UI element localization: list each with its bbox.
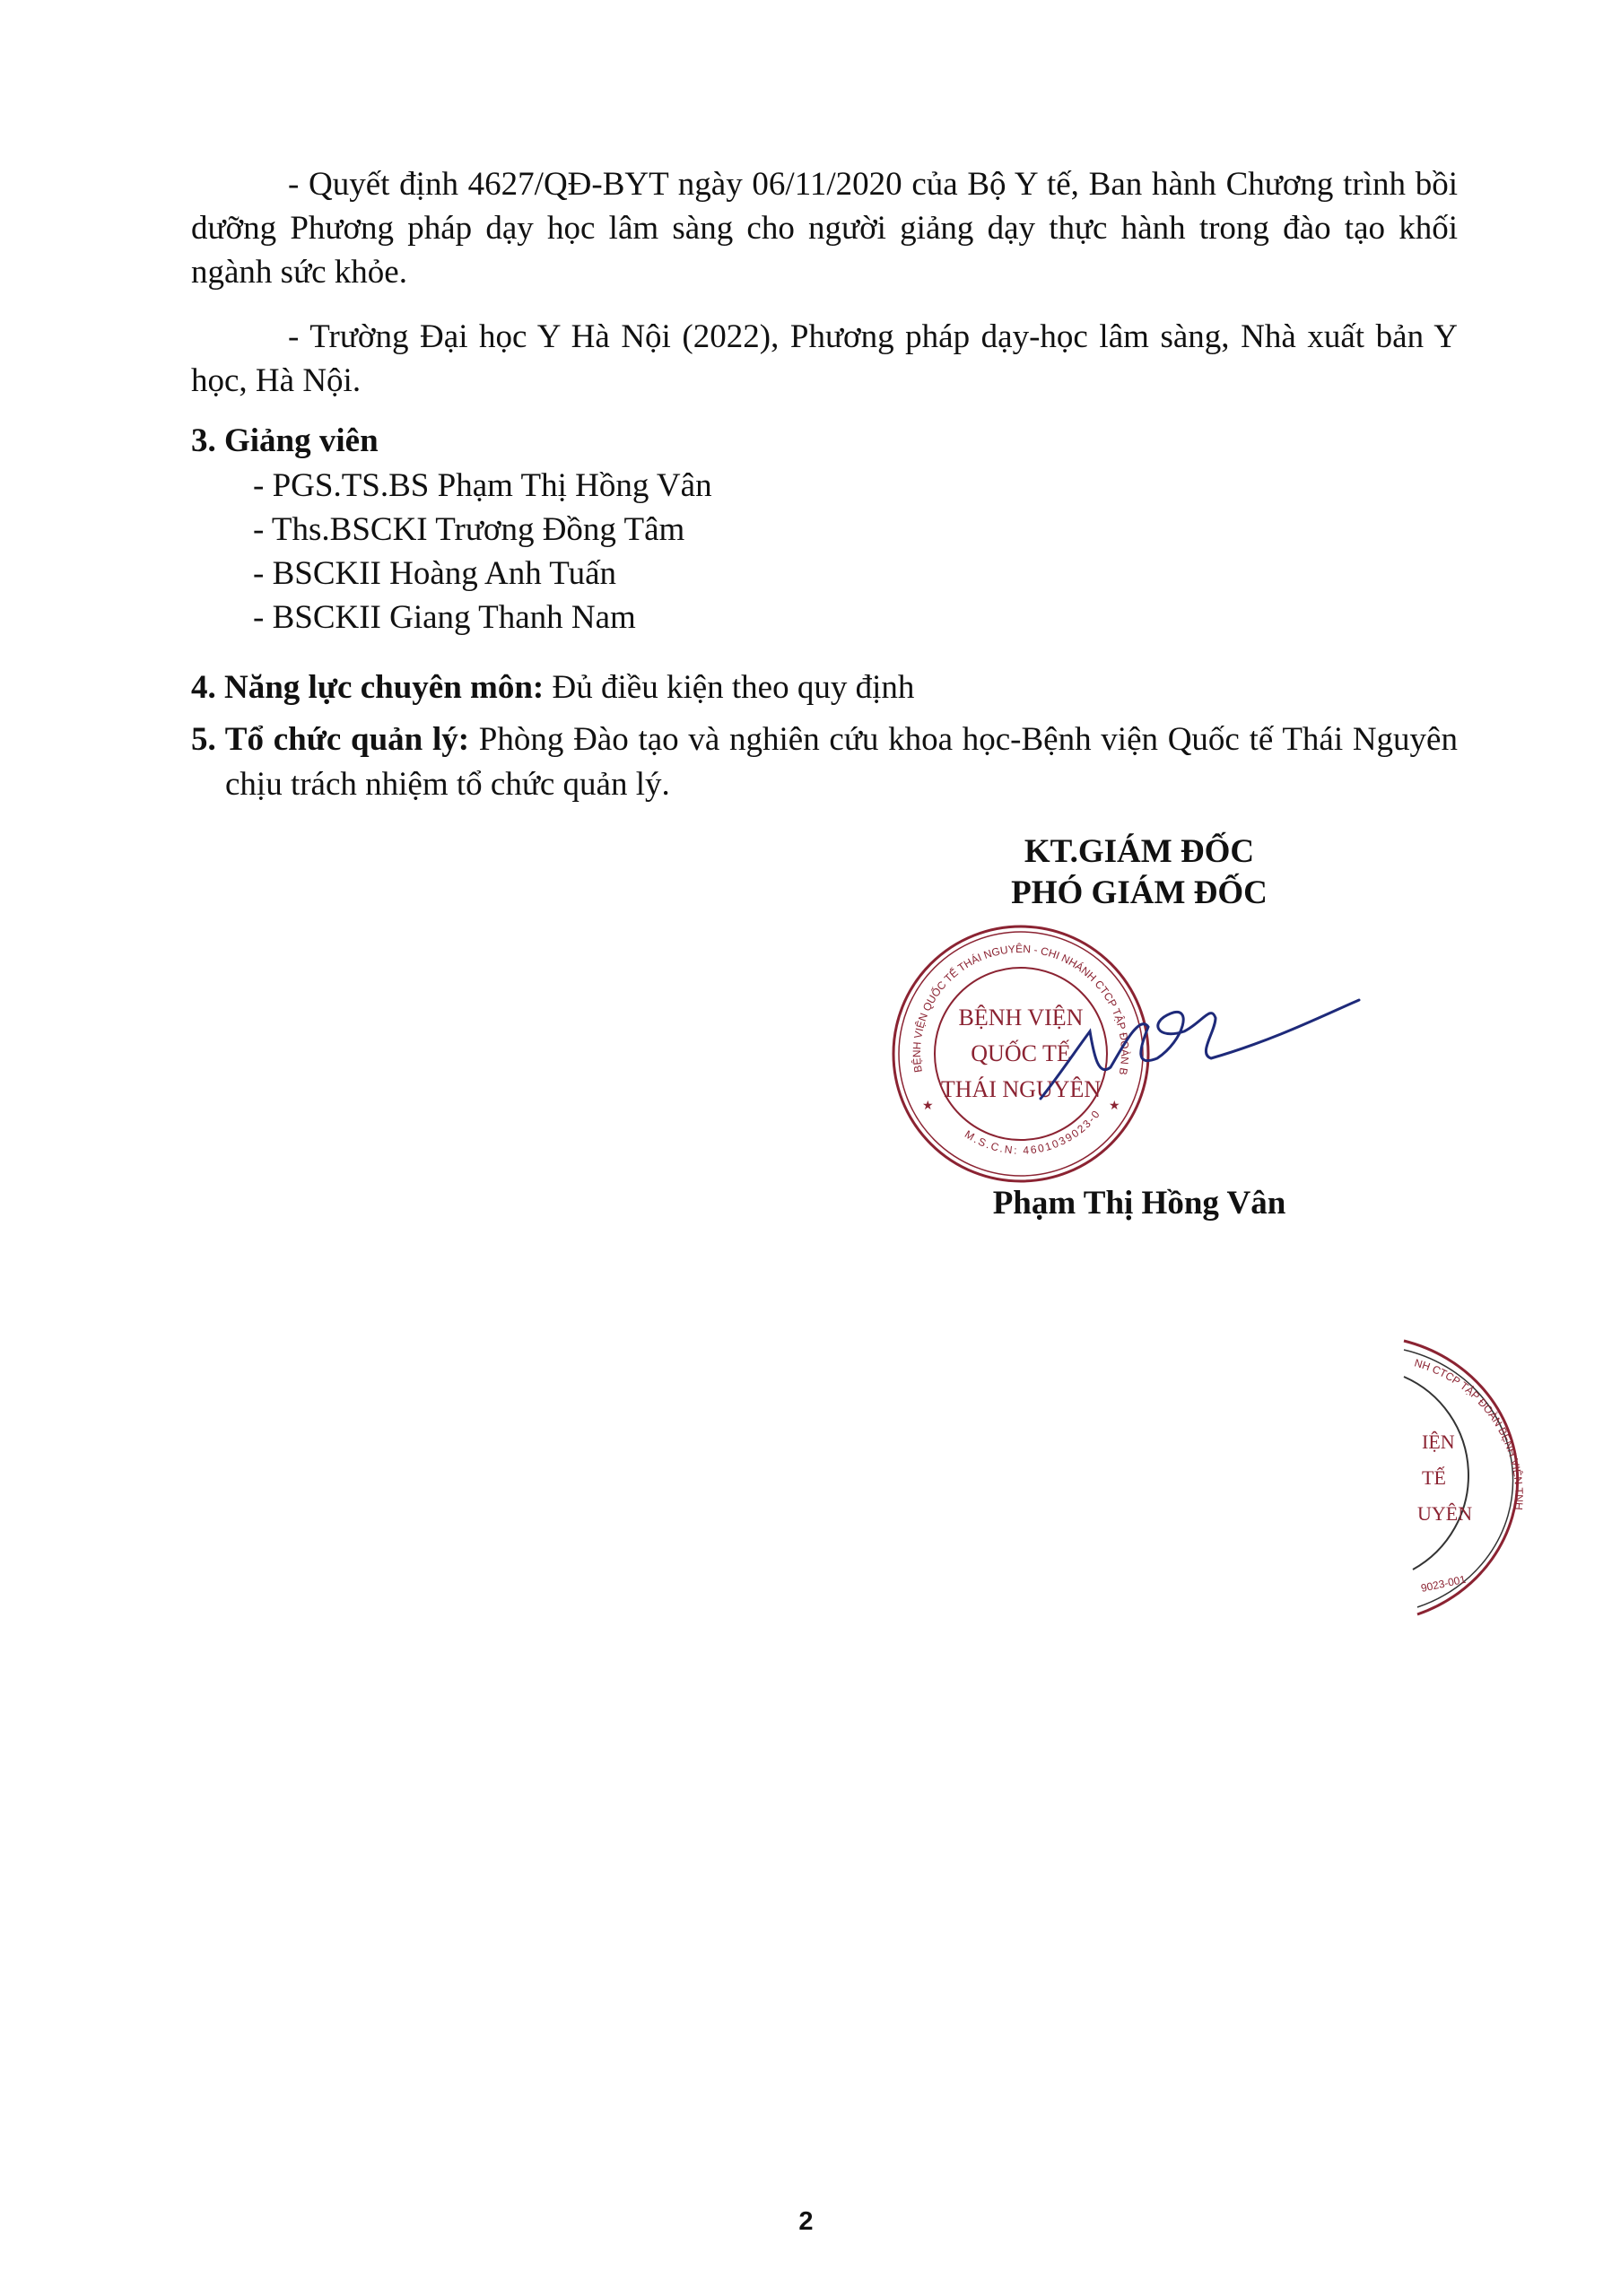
reference-1: - Quyết định 4627/QĐ-BYT ngày 06/11/2020… [191,162,1458,294]
section-3-heading: 3. Giảng viên [191,419,379,463]
handwritten-signature-icon [1005,978,1364,1112]
section-5-label: 5. Tổ chức quản lý: [191,721,469,758]
document-page: - Quyết định 4627/QĐ-BYT ngày 06/11/2020… [0,0,1612,2296]
section-4-text: Đủ điều kiện theo quy định [544,669,914,706]
svg-text:★: ★ [922,1100,934,1113]
lecturer-item: - PGS.TS.BS Phạm Thị Hồng Vân [253,464,712,508]
signature-title-line-2: PHÓ GIÁM ĐỐC [897,874,1381,912]
lecturer-item: - BSCKII Giang Thanh Nam [253,596,712,639]
section-3-title: 3. Giảng viên [191,422,379,459]
svg-text:IỆN: IỆN [1422,1431,1455,1453]
reference-2: - Trường Đại học Y Hà Nội (2022), Phương… [191,315,1458,403]
partial-stamp-icon: NH CTCP TẬP ĐOÀN BỆNH VIỆN TNH IỆN TẾ UY… [1381,1327,1612,1632]
svg-text:UYÊN: UYÊN [1417,1502,1472,1525]
section-4: 4. Năng lực chuyên môn: Đủ điều kiện the… [191,665,914,709]
signature-title-line-1: KT.GIÁM ĐỐC [897,832,1381,871]
svg-text:TẾ: TẾ [1422,1466,1446,1489]
lecturer-list: - PGS.TS.BS Phạm Thị Hồng Vân - Ths.BSCK… [253,464,712,639]
section-5: 5. Tổ chức quản lý: Phòng Đào tạo và ngh… [191,717,1458,807]
lecturer-item: - Ths.BSCKI Trương Đồng Tâm [253,508,712,552]
lecturer-item: - BSCKII Hoàng Anh Tuấn [253,552,712,596]
signer-name: Phạm Thị Hồng Vân [933,1184,1346,1222]
page-number: 2 [0,2207,1612,2237]
section-4-label: 4. Năng lực chuyên môn: [191,669,544,706]
